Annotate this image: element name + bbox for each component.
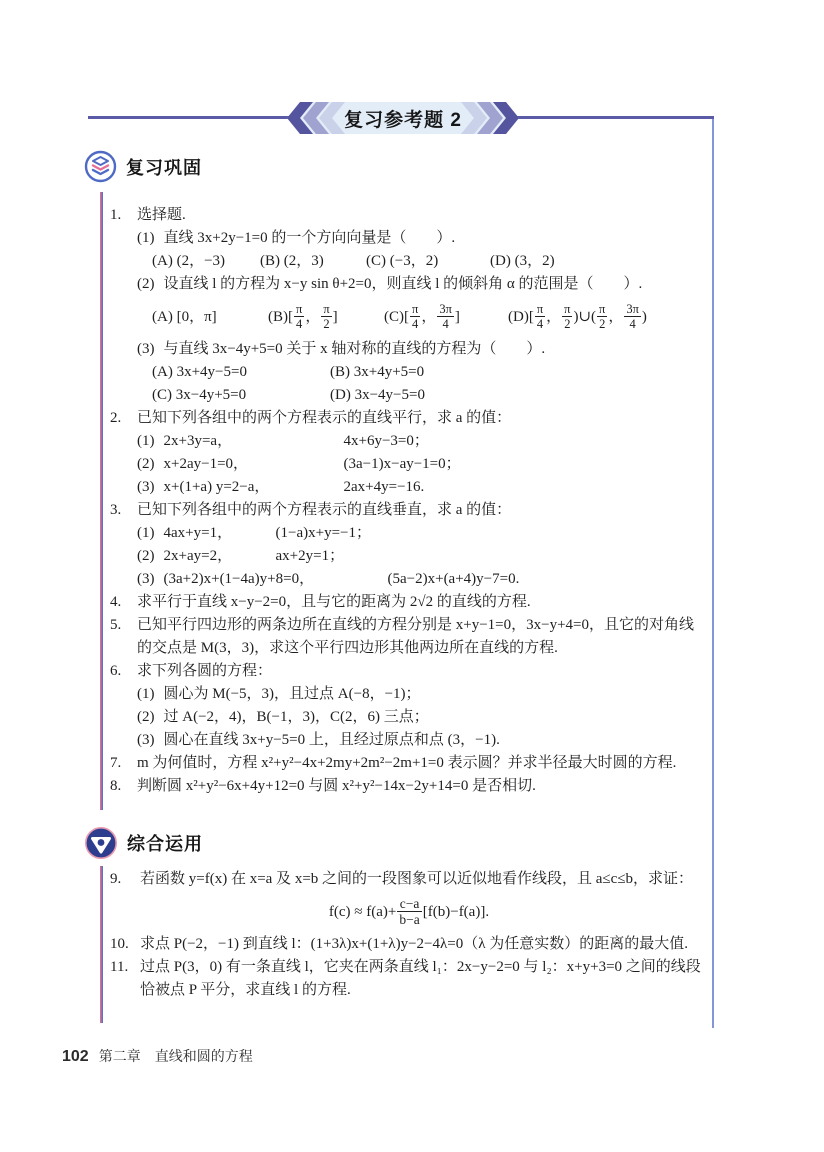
chapter-title: 第二章 直线和圆的方程	[99, 1046, 253, 1066]
problem-text: 求点 P(−2，−1) 到直线 l：(1+3λ)x+(1+λ)y−2−4λ=0（…	[140, 933, 708, 956]
subquestion-1-3: (3)与直线 3x−4y+5=0 关于 x 轴对称的直线的方程为（ ）.	[137, 338, 708, 361]
subquestion-text: 与直线 3x−4y+5=0 关于 x 轴对称的直线的方程为（ ）.	[164, 341, 546, 357]
section-connector-line	[100, 866, 103, 1023]
choice-d: (D) (3，2)	[490, 250, 555, 273]
equation-2: (1−a)x+y=−1；	[276, 525, 372, 541]
problem-number: 11.	[110, 956, 140, 1002]
choice-c: (C) (−3，2)	[366, 250, 490, 273]
choice-a: (A) 3x+4y−5=0	[152, 361, 330, 384]
problem-text: 过点 P(3，0) 有一条直线 l，它夹在两条直线 l₁：2x−y−2=0 与 …	[140, 956, 708, 1002]
right-border-line	[712, 118, 714, 1028]
equation-2: (3a−1)x−ay−1=0；	[344, 456, 461, 472]
problem-number: 7.	[110, 752, 137, 775]
choices-row: (A) 3x+4y−5=0(B) 3x+4y+5=0	[152, 361, 708, 384]
subquestion-label: (3)	[137, 341, 155, 357]
problem-text: 已知下列各组中的两个方程表示的直线垂直，求 a 的值：	[137, 499, 708, 522]
problem-11: 11. 过点 P(3，0) 有一条直线 l，它夹在两条直线 l₁：2x−y−2=…	[110, 956, 708, 1002]
problem-7: 7. m 为何值时，方程 x²+y²−4x+2my+2m²−2m+1=0 表示圆…	[110, 752, 708, 775]
problem-2: 2. 已知下列各组中的两个方程表示的直线平行，求 a 的值：	[110, 407, 708, 430]
problem-9: 9. 若函数 y=f(x) 在 x=a 及 x=b 之间的一段图象可以近似地看作…	[110, 868, 708, 891]
equation-pair: (2)x+2ay−1=0，(3a−1)x−ay−1=0；	[137, 453, 708, 476]
layers-icon	[84, 150, 117, 183]
equation-1: (3a+2)x+(1−4a)y+8=0，	[164, 568, 388, 591]
choice-b: (B) [ π4 ， π2 ]	[268, 302, 384, 332]
problem-text: 已知下列各组中的两个方程表示的直线平行，求 a 的值：	[137, 407, 708, 430]
page-number: 102	[62, 1048, 89, 1066]
choices-row: (C) 3x−4y+5=0(D) 3x−4y−5=0	[152, 384, 708, 407]
equation-1: x+(1+a) y=2−a，	[164, 476, 344, 499]
problem-text: 求下列各圆的方程：	[137, 660, 708, 683]
problem-text: 已知平行四边形的两条边所在直线的方程分别是 x+y−1=0，3x−y+4=0，且…	[137, 614, 708, 660]
fraction: 3π4	[437, 302, 454, 332]
fraction: 3π4	[624, 302, 641, 332]
problem-number: 4.	[110, 591, 137, 614]
equation-pair: (1)4ax+y=1，(1−a)x+y=−1；	[137, 522, 708, 545]
subquestion-6-1: (1)圆心为 M(−5，3)，且过点 A(−8，−1)；	[137, 683, 708, 706]
problem-9-formula: f(c) ≈ f(a)+ c−ab−a [f(b)−f(a)].	[110, 891, 708, 933]
choices-row: (A) (2，−3)(B) (2，3)(C) (−3，2)(D) (3，2)	[152, 250, 708, 273]
page-footer: 102 第二章 直线和圆的方程	[62, 1046, 253, 1066]
review-problem-list: 1. 选择题. (1)直线 3x+2y−1=0 的一个方向向量是（ ）. (A)…	[110, 204, 708, 798]
problem-number: 6.	[110, 660, 137, 683]
problem-number: 8.	[110, 775, 137, 798]
problem-text: 求平行于直线 x−y−2=0，且与它的距离为 2√2 的直线的方程.	[137, 591, 708, 614]
subquestion-1-2: (2)设直线 l 的方程为 x−y sin θ+2=0，则直线 l 的倾斜角 α…	[137, 273, 708, 296]
fraction: π4	[535, 302, 545, 332]
subquestion-6-2: (2)过 A(−2，4)，B(−1，3)，C(2，6) 三点；	[137, 706, 708, 729]
equation-1: x+2ay−1=0，	[164, 453, 344, 476]
subquestion-text: 直线 3x+2y−1=0 的一个方向向量是（ ）.	[164, 230, 456, 246]
problem-number: 9.	[110, 868, 140, 891]
problem-10: 10. 求点 P(−2，−1) 到直线 l：(1+3λ)x+(1+λ)y−2−4…	[110, 933, 708, 956]
fraction: π2	[597, 302, 607, 332]
equation-2: ax+2y=1；	[276, 548, 345, 564]
choice-d: (D) 3x−4y−5=0	[330, 384, 508, 407]
problem-text: 判断圆 x²+y²−6x+4y+12=0 与圆 x²+y²−14x−2y+14=…	[137, 775, 708, 798]
subquestion-label: (1)	[137, 230, 155, 246]
choice-a: (A) (2，−3)	[152, 250, 260, 273]
equation-1: 2x+3y=a，	[164, 430, 344, 453]
subquestion-label: (2)	[137, 276, 155, 292]
problem-number: 5.	[110, 614, 137, 660]
section-title: 综合运用	[127, 830, 203, 856]
fraction: π2	[321, 302, 331, 332]
choice-c: (C) 3x−4y+5=0	[152, 384, 330, 407]
problem-text: m 为何值时，方程 x²+y²−4x+2my+2m²−2m+1=0 表示圆？并求…	[137, 752, 708, 775]
problem-text: 选择题.	[137, 204, 708, 227]
fraction: c−ab−a	[397, 897, 421, 927]
choice-a: (A) [0，π]	[152, 306, 268, 329]
problem-5: 5. 已知平行四边形的两条边所在直线的方程分别是 x+y−1=0，3x−y+4=…	[110, 614, 708, 660]
subquestion-6-3: (3)圆心在直线 3x+y−5=0 上，且经过原点和点 (3，−1).	[137, 729, 708, 752]
problem-number: 2.	[110, 407, 137, 430]
problem-8: 8. 判断圆 x²+y²−6x+4y+12=0 与圆 x²+y²−14x−2y+…	[110, 775, 708, 798]
fraction: π2	[562, 302, 572, 332]
section-connector-line	[100, 192, 103, 810]
choice-b: (B) 3x+4y+5=0	[330, 361, 508, 384]
choice-c: (C) [ π4 ， 3π4 ]	[384, 302, 508, 332]
banner-title: 复习参考题 2	[287, 102, 519, 134]
equation-1: 4ax+y=1，	[164, 522, 276, 545]
choice-b: (B) (2，3)	[260, 250, 366, 273]
problem-text: 若函数 y=f(x) 在 x=a 及 x=b 之间的一段图象可以近似地看作线段，…	[140, 868, 708, 891]
section-header-review: 复习巩固	[84, 150, 202, 183]
equation-2: 2ax+4y=−16.	[344, 479, 425, 495]
textbook-page: 复习参考题 2 复习巩固 1. 选择题. (1)直线 3x+2y−1=0 的一个…	[0, 0, 824, 1152]
problem-number: 3.	[110, 499, 137, 522]
equation-1: 2x+ay=2，	[164, 545, 276, 568]
equation-2: (5a−2)x+(a+4)y−7=0.	[388, 571, 520, 587]
equation-pair: (3)(3a+2)x+(1−4a)y+8=0，(5a−2)x+(a+4)y−7=…	[137, 568, 708, 591]
choice-d: (D) [ π4 ， π2 )∪( π2 ， 3π4 )	[508, 302, 647, 332]
problem-4: 4. 求平行于直线 x−y−2=0，且与它的距离为 2√2 的直线的方程.	[110, 591, 708, 614]
subquestion-1-1: (1)直线 3x+2y−1=0 的一个方向向量是（ ）.	[137, 227, 708, 250]
problem-number: 10.	[110, 933, 140, 956]
fraction: π4	[294, 302, 304, 332]
section-header-apply: 综合运用	[84, 826, 203, 860]
equation-pair: (2)2x+ay=2，ax+2y=1；	[137, 545, 708, 568]
equation-pair: (1)2x+3y=a，4x+6y−3=0；	[137, 430, 708, 453]
section-title: 复习巩固	[126, 154, 202, 180]
subquestion-text: 设直线 l 的方程为 x−y sin θ+2=0，则直线 l 的倾斜角 α 的范…	[164, 276, 643, 292]
problem-3: 3. 已知下列各组中的两个方程表示的直线垂直，求 a 的值：	[110, 499, 708, 522]
triangle-target-icon	[84, 826, 118, 860]
equation-2: 4x+6y−3=0；	[344, 433, 429, 449]
problem-6: 6. 求下列各圆的方程：	[110, 660, 708, 683]
fraction: π4	[410, 302, 420, 332]
problem-1: 1. 选择题.	[110, 204, 708, 227]
chapter-review-banner: 复习参考题 2	[287, 102, 519, 134]
problem-number: 1.	[110, 204, 137, 227]
equation-pair: (3)x+(1+a) y=2−a，2ax+4y=−16.	[137, 476, 708, 499]
apply-problem-list: 9. 若函数 y=f(x) 在 x=a 及 x=b 之间的一段图象可以近似地看作…	[110, 868, 708, 1002]
choices-row-fractions: (A) [0，π] (B) [ π4 ， π2 ] (C) [ π4 ， 3π4…	[152, 296, 708, 338]
